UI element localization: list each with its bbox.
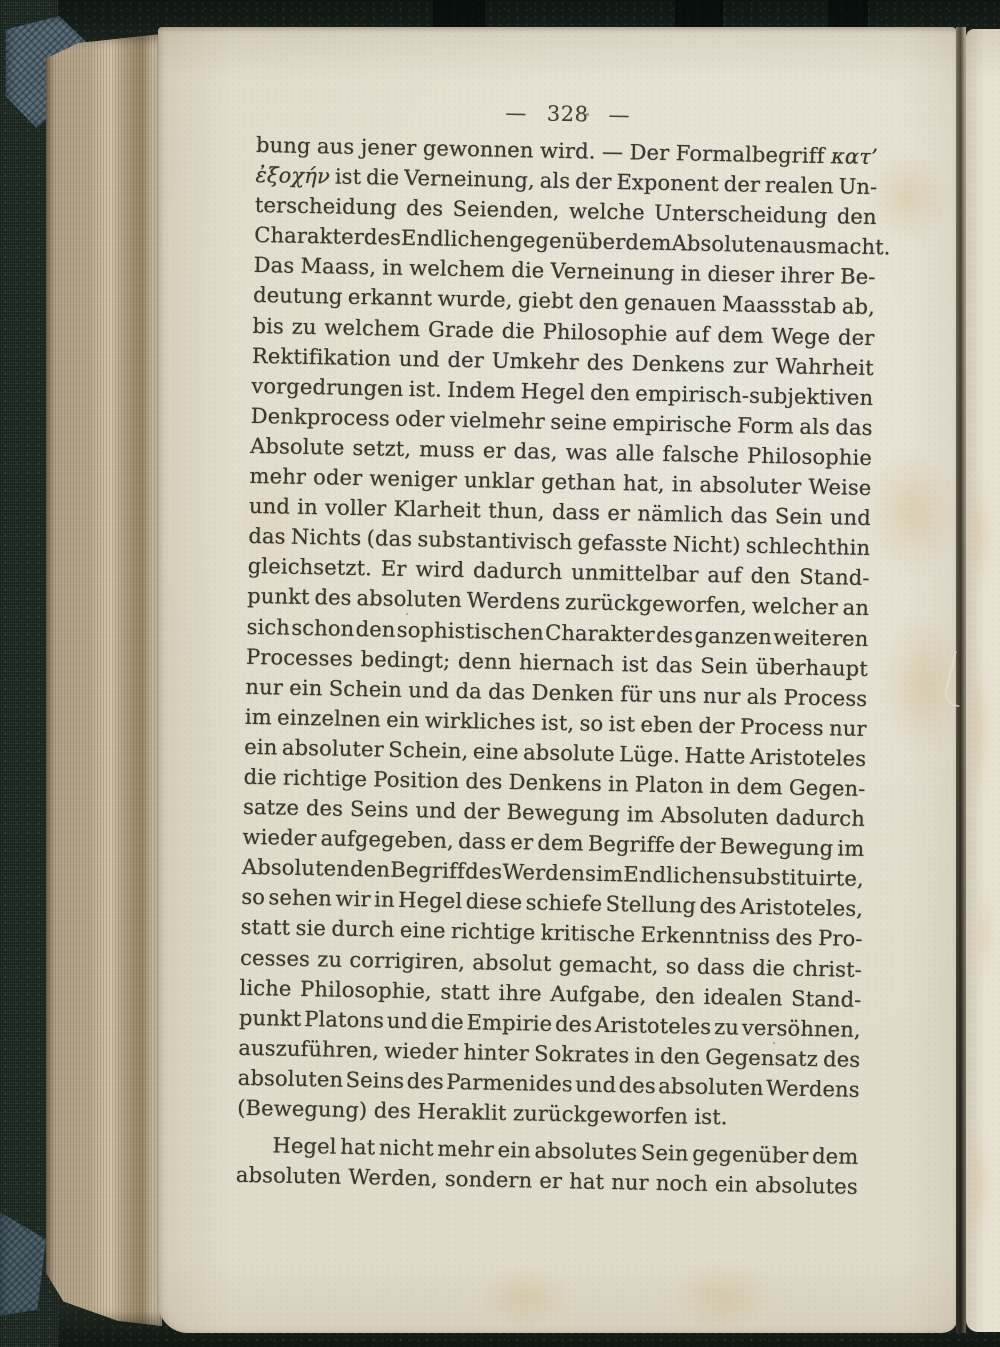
word: ein	[289, 672, 323, 703]
word: Hegel	[272, 1131, 337, 1162]
word: der	[838, 322, 875, 353]
word: schiefe	[525, 888, 602, 920]
word: absolutes	[534, 1136, 637, 1168]
word: ist.	[694, 1102, 728, 1133]
word: empirische	[612, 408, 732, 440]
word: unklar	[464, 465, 535, 496]
word: Seins	[350, 794, 409, 825]
word: ein	[497, 1135, 531, 1166]
word: zu	[291, 311, 316, 342]
word: Schein,	[388, 734, 469, 766]
word: Denken	[531, 677, 614, 709]
word: unmittelbar	[571, 557, 699, 590]
word: Seins	[345, 1065, 404, 1096]
foxing-stain	[960, 1099, 998, 1269]
word: das	[835, 412, 873, 443]
word: Maassstab	[722, 290, 837, 322]
word: des	[406, 193, 444, 224]
word: ist	[621, 649, 648, 680]
word: dieser	[707, 259, 774, 290]
word: weiteren	[773, 622, 869, 654]
word: Werden,	[348, 1162, 438, 1194]
word: Philosophie,	[300, 974, 432, 1007]
word: genauen	[624, 288, 717, 320]
word: das	[655, 649, 693, 680]
word: und	[249, 491, 291, 522]
word: Werdens	[466, 586, 560, 618]
word: Platons	[304, 1004, 384, 1036]
word: des	[373, 1095, 411, 1126]
word: Endlichen	[623, 859, 732, 891]
word: richtige	[451, 916, 536, 948]
word: des	[406, 1066, 444, 1097]
word: ganzen	[694, 620, 772, 652]
word: deutung	[253, 280, 343, 312]
word: Aristoteles,	[740, 892, 864, 924]
word: vorgedrungen	[251, 371, 404, 404]
word: Exponent	[616, 167, 719, 199]
word: schon	[291, 612, 355, 643]
word: dem	[717, 320, 764, 351]
word: Form	[737, 410, 794, 441]
word: des	[306, 793, 344, 824]
word: christ-	[792, 953, 862, 984]
word: ihrer	[780, 261, 834, 292]
word: des	[699, 891, 737, 922]
word: Platon	[634, 769, 703, 800]
word: Verneinung,	[404, 163, 535, 196]
word: dem	[537, 828, 584, 859]
word: als	[799, 411, 830, 442]
word: zurückgeworfen,	[565, 587, 747, 621]
word: im	[245, 702, 273, 733]
word: statt	[440, 976, 490, 1007]
word: giebt	[518, 286, 574, 317]
word: so	[666, 951, 690, 982]
word: als	[747, 681, 778, 712]
word: was	[565, 437, 607, 468]
word: in	[608, 769, 629, 799]
word: Wege	[771, 321, 830, 352]
word: oder	[313, 462, 363, 493]
word: so	[579, 708, 603, 739]
word: Hegel	[398, 885, 463, 916]
word: bedingt;	[360, 644, 450, 676]
word: Absolute	[250, 431, 345, 463]
word: und	[387, 1005, 429, 1036]
word: aus	[317, 131, 355, 162]
word: in	[680, 259, 701, 289]
word: Un-	[838, 171, 877, 202]
word: absoluter	[699, 470, 801, 502]
foxing-stain	[960, 449, 1000, 619]
word: eine	[473, 736, 519, 767]
word: dadurch	[473, 556, 563, 588]
foxing-stain	[970, 859, 1000, 1009]
word: oder	[395, 404, 445, 435]
word: nur	[245, 671, 283, 702]
word: punkt	[247, 581, 310, 612]
word: nur	[703, 680, 741, 711]
word: der	[575, 166, 612, 197]
word: des	[775, 923, 813, 954]
word: absoluten	[236, 1160, 342, 1192]
word: dass	[552, 497, 601, 528]
word: bis	[252, 310, 284, 341]
word: dem	[736, 771, 783, 802]
word: falsche	[662, 439, 739, 471]
word: voller	[325, 492, 387, 523]
greek-phrase: ἐξοχήν	[255, 160, 330, 192]
word: und	[408, 675, 450, 706]
word: gethan	[541, 467, 616, 499]
word: in	[672, 469, 693, 499]
word: absolut	[472, 947, 552, 979]
word: einzelnen	[277, 702, 381, 734]
word: Nicht)	[672, 529, 740, 560]
word: (Bewegung)	[237, 1093, 368, 1126]
word: Lüge.	[619, 739, 680, 770]
word: Indem	[447, 374, 516, 405]
word: absoluten	[356, 583, 462, 615]
word: jener	[360, 132, 416, 163]
word: Seienden,	[452, 194, 559, 226]
word: Stand-	[799, 562, 870, 593]
body-text: bungausjenergewonnenwird.—DerFormalbegri…	[236, 130, 879, 1202]
word: Absoluten	[671, 228, 780, 260]
word: wieder	[242, 822, 317, 854]
word: des	[618, 1070, 656, 1101]
word: Wahrheit	[775, 351, 874, 383]
word: dass	[697, 951, 746, 982]
word: schlechthin	[746, 531, 871, 564]
word: Stellung	[605, 889, 696, 921]
word: das	[730, 500, 768, 531]
word: Endlichen	[401, 223, 510, 255]
word: ist	[335, 162, 362, 193]
word: den	[578, 287, 618, 318]
word: er	[607, 498, 630, 529]
word: ist.	[408, 374, 442, 405]
word: des	[823, 1044, 861, 1075]
foxing-stain	[646, 1249, 801, 1344]
word: aufgegeben,	[320, 823, 454, 856]
word: sondern	[445, 1164, 533, 1196]
word: Werdens	[502, 857, 596, 889]
word: gegenüber	[692, 1139, 809, 1171]
word: uns	[658, 680, 697, 711]
word: den	[590, 377, 630, 408]
word: Stand-	[791, 983, 862, 1014]
word: und	[575, 1069, 617, 1100]
word: den	[355, 613, 395, 644]
word: auf	[675, 319, 710, 350]
word: gefasste	[577, 527, 667, 559]
word: das,	[513, 436, 558, 467]
word: vielmehr	[450, 405, 545, 437]
word: wird	[415, 554, 464, 585]
next-page-edge	[966, 29, 1000, 1332]
word: richtige	[283, 763, 368, 795]
word: substituirte,	[732, 862, 864, 895]
word: mehr	[249, 461, 306, 492]
word: ein	[244, 732, 278, 763]
word: Process	[740, 711, 824, 743]
word: hat	[569, 1166, 605, 1197]
greek-phrase: κατ’	[831, 141, 878, 172]
foxing-stain	[962, 619, 998, 839]
word: Aristoteles	[750, 742, 867, 774]
page-edges-stack	[46, 34, 162, 1326]
word: Sein	[700, 650, 748, 681]
word: wir	[335, 884, 371, 915]
word: ist,	[541, 707, 575, 738]
word: im	[837, 834, 865, 865]
word: ein	[715, 1169, 749, 1200]
word: Gegensatz	[705, 1042, 818, 1074]
word: Werdens	[766, 1073, 860, 1105]
word: absoluter	[282, 732, 384, 764]
word: des	[465, 766, 503, 797]
word: empirisch-subjektiven	[635, 378, 873, 413]
word: sich	[246, 611, 290, 642]
word: Heraklit	[417, 1096, 507, 1128]
word: nur	[829, 713, 867, 744]
word: Pro-	[818, 923, 863, 954]
word: absolute	[523, 737, 615, 769]
word: substantivisch	[417, 524, 572, 557]
word: weniger	[369, 463, 457, 495]
word: —	[602, 137, 624, 168]
word: des	[364, 222, 402, 253]
word: er	[483, 435, 506, 466]
word: zurückgeworfen	[513, 1098, 689, 1132]
word: durch	[331, 914, 395, 945]
word: punkt	[239, 1002, 302, 1033]
word: Position	[373, 764, 460, 796]
word: ist	[608, 709, 635, 740]
word: Denkens	[508, 767, 602, 799]
word: die	[511, 255, 545, 286]
word: Umkehr	[491, 345, 579, 377]
word: idealen	[703, 981, 782, 1013]
word: sehen	[268, 883, 332, 914]
word: an	[842, 593, 869, 624]
word: die	[430, 1006, 464, 1037]
word: den	[750, 561, 790, 592]
word: absoluten	[658, 1071, 764, 1103]
word: Charakter	[545, 617, 655, 649]
word: in	[634, 1040, 655, 1070]
word: Weise	[808, 472, 872, 503]
word: sie	[295, 913, 326, 944]
word: als	[539, 166, 570, 197]
word: hinter	[463, 1037, 529, 1068]
page-number-header: — 328 —	[256, 93, 878, 135]
word: (das	[366, 523, 412, 554]
word: die	[501, 315, 535, 346]
word: die	[243, 762, 277, 793]
word: zu	[317, 944, 342, 975]
word: überhaupt	[755, 651, 868, 683]
word: den	[655, 981, 695, 1012]
header-dash-right: —	[608, 103, 630, 127]
word: gleichsetzt.	[248, 551, 373, 584]
word: realen	[765, 170, 834, 201]
word: eben	[640, 709, 693, 740]
word: corrigiren,	[349, 944, 465, 976]
word: nicht	[379, 1133, 434, 1164]
word: versöhnen,	[742, 1012, 862, 1044]
word: Begriffe	[588, 829, 676, 861]
word: Sein	[641, 1138, 689, 1169]
word: er	[539, 1166, 562, 1197]
word: wird.	[540, 135, 596, 166]
word: des	[656, 619, 694, 650]
word: Bewegung	[506, 797, 620, 829]
word: im	[596, 859, 624, 890]
background-shadow	[828, 0, 868, 30]
word: im	[627, 799, 655, 830]
word: kritische	[540, 918, 635, 950]
word: Schein	[328, 673, 402, 705]
word: auf	[707, 560, 742, 591]
word: gewonnen	[423, 133, 534, 165]
word: das	[248, 521, 286, 552]
page-text-area: — 328 — bungausjenergewonnenwird.—DerFor…	[236, 93, 879, 1202]
word: den	[660, 1041, 700, 1072]
word: nämlich	[637, 499, 723, 531]
word: und	[415, 795, 457, 826]
word: absoluten	[238, 1063, 344, 1095]
word: ihre	[498, 977, 542, 1008]
word: und	[830, 502, 872, 533]
word: satze	[243, 792, 300, 823]
word: Sein	[775, 501, 823, 532]
word: welchem	[409, 253, 505, 285]
word: mehr	[437, 1134, 494, 1165]
word: setzt,	[352, 433, 411, 464]
word: des	[465, 856, 503, 887]
word: Philosophie	[747, 441, 872, 474]
word: wurde,	[437, 284, 513, 316]
word: welchem	[324, 312, 420, 344]
word: so	[241, 882, 265, 913]
word: Gegen-	[789, 772, 866, 804]
word: nur	[611, 1167, 649, 1198]
word: dem	[812, 1141, 859, 1172]
word: Maass,	[300, 251, 376, 283]
word: Das	[253, 250, 294, 281]
word: da	[455, 676, 482, 707]
word: wieder	[384, 1035, 459, 1067]
word: ab,	[842, 292, 876, 323]
word: cesses	[240, 942, 310, 973]
word: der	[698, 710, 735, 741]
word: thun,	[488, 496, 545, 527]
word: absolutes	[755, 1170, 858, 1202]
word: denn	[458, 646, 512, 677]
word: für	[620, 679, 652, 710]
header-dash-left: —	[505, 101, 527, 125]
word: terscheidung	[255, 190, 397, 223]
word: in	[382, 253, 403, 283]
word: Absoluten	[242, 852, 351, 884]
word: ein	[386, 704, 420, 735]
word: dass	[458, 826, 507, 857]
word: des	[586, 347, 624, 378]
word: Verneinung	[550, 256, 674, 289]
word: Aufgabe,	[550, 978, 647, 1010]
word: muss	[419, 434, 475, 465]
word: Hegel	[521, 376, 586, 407]
word: noch	[656, 1168, 709, 1199]
word: alle	[615, 438, 655, 469]
word: Begriff	[390, 855, 465, 887]
word: die	[752, 952, 786, 983]
word: Unterscheidung	[654, 198, 828, 231]
word: Denkprocess	[250, 401, 390, 434]
word: den	[837, 201, 877, 232]
word: gegenüber	[509, 225, 626, 257]
word: Aristoteles	[595, 1009, 712, 1041]
word: sophistischen	[397, 614, 545, 647]
word: hat,	[623, 468, 665, 499]
word: liche	[239, 972, 291, 1003]
word: das	[488, 676, 526, 707]
word: Absoluten	[660, 800, 769, 832]
word: ausmacht.	[779, 230, 891, 262]
word: der	[463, 796, 500, 827]
word: seine	[550, 407, 607, 438]
word: welche	[569, 196, 645, 228]
word: Parmenides	[446, 1067, 573, 1100]
word: Erkenntniss	[640, 920, 770, 953]
background-shadow	[433, 0, 485, 30]
word: dem	[625, 227, 672, 258]
word: Rektifikation	[252, 341, 392, 374]
word: Bewegung	[720, 831, 834, 863]
word: des	[555, 1009, 593, 1040]
word: der	[679, 830, 716, 861]
word: Be-	[840, 262, 876, 293]
word: hat	[340, 1132, 376, 1163]
book-scan-photo: — 328 — bungausjenergewonnenwird.—DerFor…	[0, 0, 1000, 1347]
word: erkannt	[348, 282, 433, 314]
word: Empirie	[466, 1007, 552, 1039]
word: Er	[381, 554, 407, 585]
word: in	[374, 885, 395, 915]
book-page: — 328 — bungausjenergewonnenwird.—DerFor…	[158, 27, 958, 1333]
word: Sokrates	[534, 1038, 630, 1070]
word: hiernach	[519, 647, 615, 679]
word: diese	[465, 887, 522, 918]
word: statt	[240, 912, 290, 943]
background-shadow	[675, 0, 723, 30]
word: dadurch	[775, 802, 865, 834]
word: zur	[732, 350, 768, 381]
word: in	[297, 492, 318, 522]
word: und	[399, 343, 441, 374]
word: des	[314, 583, 352, 614]
word: Processes	[246, 641, 354, 673]
word: auszuführen,	[238, 1033, 379, 1066]
word: Denkens	[631, 348, 725, 380]
word: der	[723, 169, 760, 200]
word: Philosophie	[542, 316, 667, 349]
word: welcher	[752, 591, 838, 623]
word: Nichts	[291, 522, 362, 553]
